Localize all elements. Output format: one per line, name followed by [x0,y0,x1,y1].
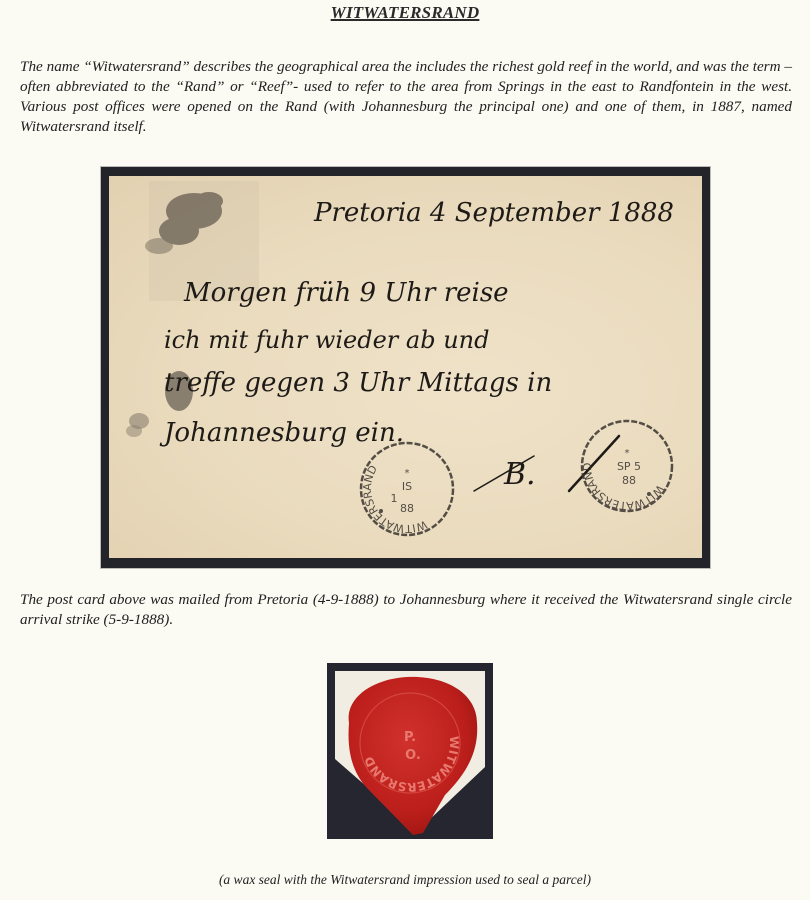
svg-text:*: * [405,468,410,479]
postmark-left: WITWATERSRAND * IS 1 88 [346,443,453,552]
postcard-caption: The post card above was mailed from Pret… [20,590,792,630]
page-title: WITWATERSRAND [0,3,810,23]
postmark-right: WITWATERSRAND * SP 5 88 [568,421,672,529]
handwriting-line: Morgen früh 9 Uhr reise [183,278,509,308]
svg-text:88: 88 [400,502,414,515]
handwriting-line: ich mit fuhr wieder ab und [164,326,489,354]
intro-paragraph: The name “Witwatersrand” describes the g… [20,57,792,137]
postcard-image: Pretoria 4 September 1888 Morgen früh 9 … [109,176,702,558]
postcard-artwork: Pretoria 4 September 1888 Morgen früh 9 … [109,176,702,558]
svg-text:*: * [625,448,630,459]
seal-mount: WITWATERSRAND P. O. [327,663,493,839]
svg-text:P.: P. [404,730,416,745]
svg-text:IS: IS [402,480,412,493]
handwriting-line: treffe gegen 3 Uhr Mittags in [164,368,552,398]
wax-seal-image: WITWATERSRAND P. O. [327,663,493,839]
seal-caption: (a wax seal with the Witwatersrand impre… [0,872,810,888]
svg-text:88: 88 [622,474,636,487]
handwriting-line: Pretoria 4 September 1888 [313,198,674,228]
handwriting-line: Johannesburg ein. [159,418,404,448]
svg-text:1: 1 [391,492,398,505]
svg-text:O.: O. [405,748,421,763]
svg-text:WITWATERSRAND: WITWATERSRAND [346,453,430,552]
postcard-mount: Pretoria 4 September 1888 Morgen früh 9 … [101,167,710,568]
signature: B. [503,457,536,492]
svg-text:SP 5: SP 5 [617,460,641,473]
